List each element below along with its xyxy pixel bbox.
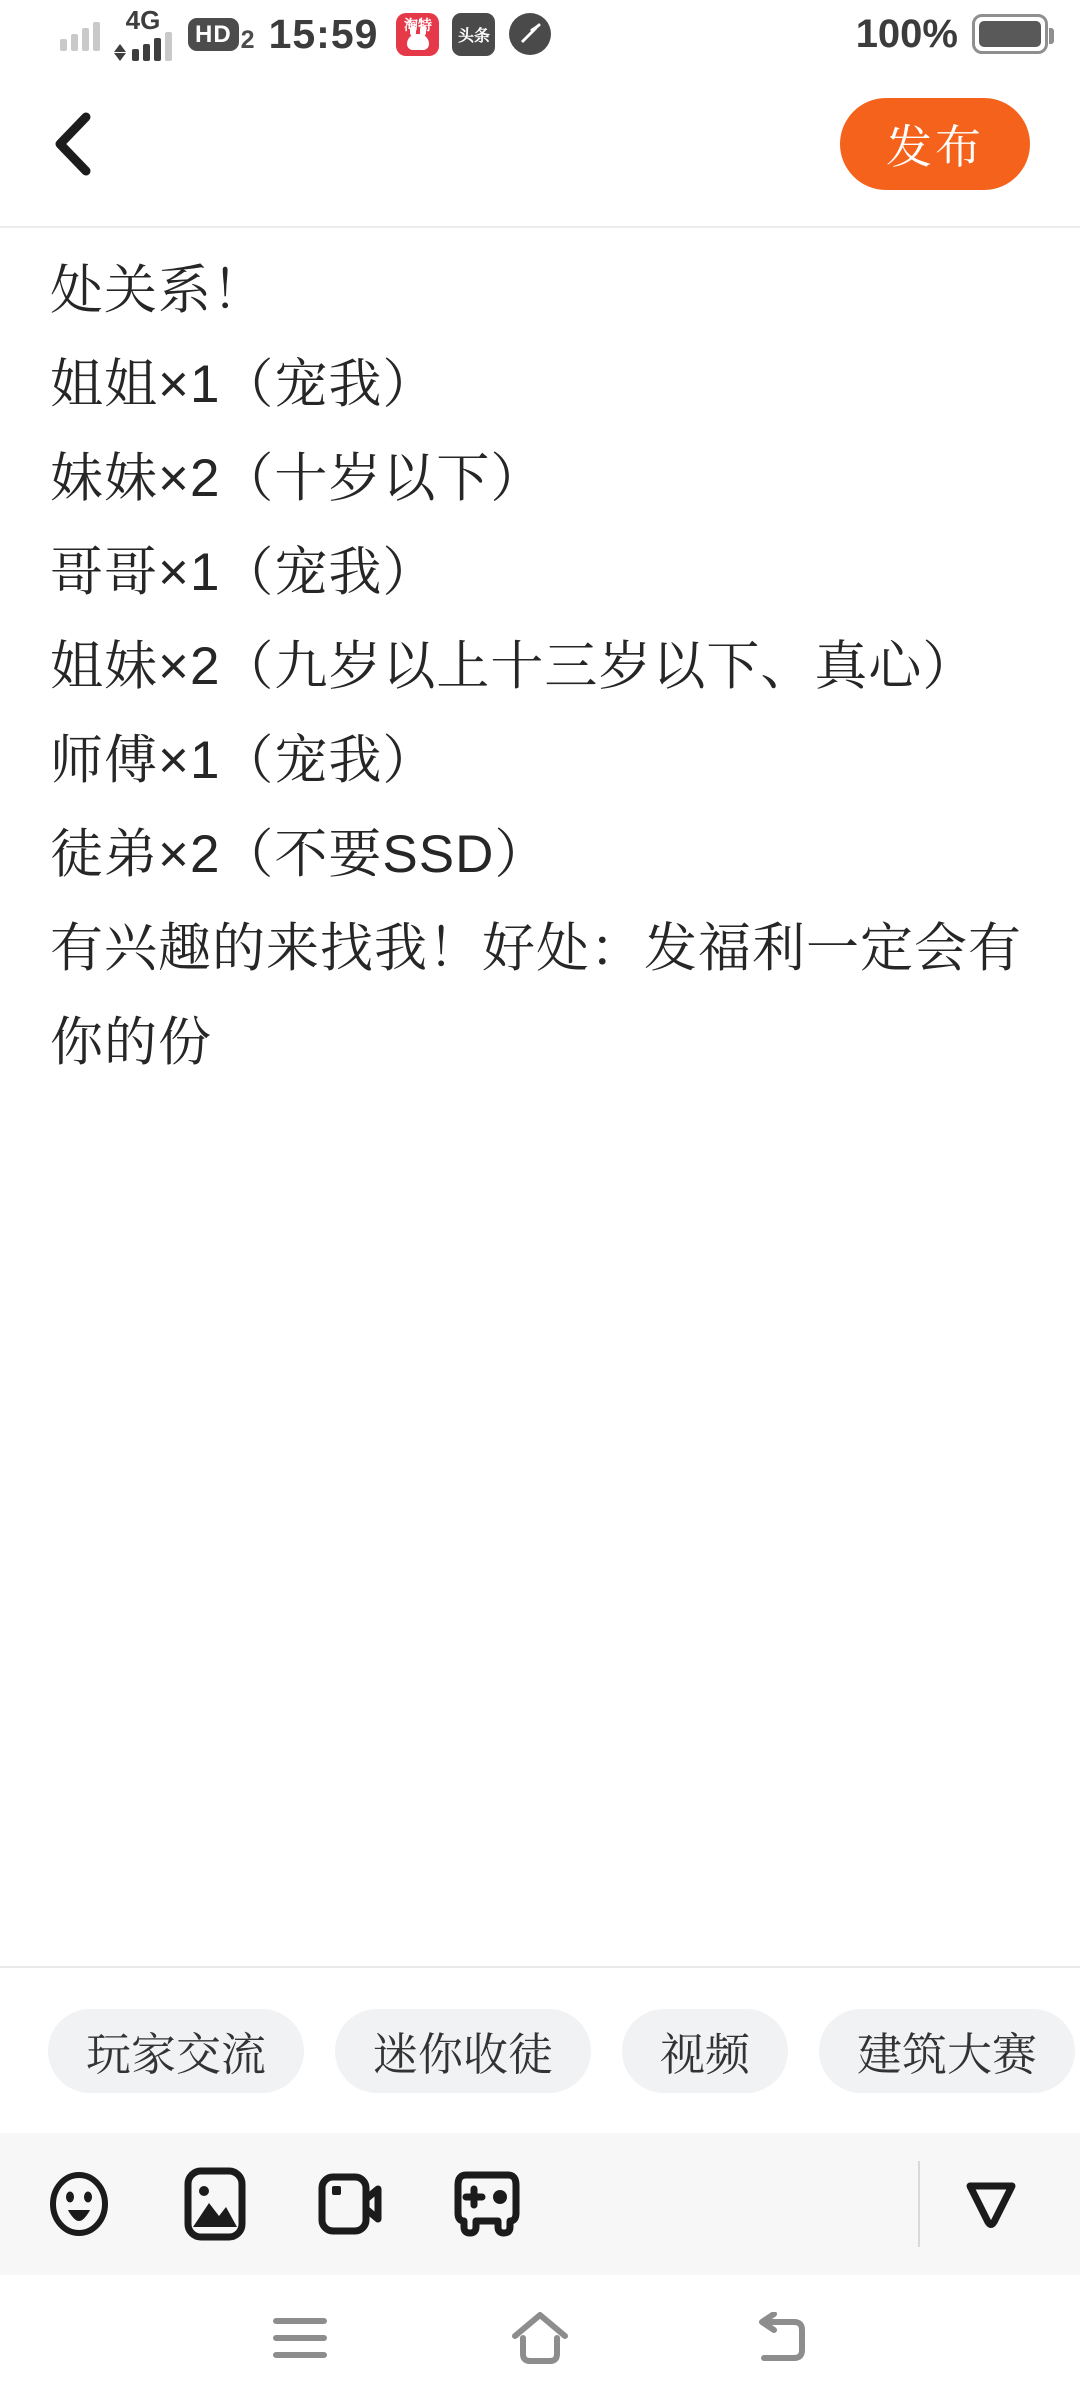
toutiao-app-icon: 头条 (452, 13, 495, 56)
insert-game-button[interactable] (452, 2169, 522, 2239)
post-line: 徒弟×2（不要SSD） (50, 808, 1030, 902)
signal-strength-sim1-icon (60, 17, 100, 51)
rabbit-glyph (407, 34, 429, 50)
post-line: 哥哥×1（宠我） (50, 526, 1030, 620)
editor-toolbar (0, 2133, 1080, 2275)
taote-app-icon: 淘特 (396, 13, 439, 56)
image-icon (184, 2167, 246, 2241)
collapse-toolbar-button[interactable] (956, 2169, 1026, 2239)
topic-tag-chip[interactable]: 玩家交流 (48, 2009, 304, 2093)
data-transfer-arrows-icon (114, 44, 126, 61)
triangle-down-icon (962, 2178, 1020, 2230)
topic-tag-chip[interactable]: 视频 (622, 2009, 788, 2093)
insert-video-button[interactable] (316, 2169, 386, 2239)
topic-tags-row: 玩家交流迷你收徒视频建筑大赛 (0, 1966, 1080, 2133)
return-arrow-icon (750, 2312, 810, 2364)
notification-icons: 淘特 头条 (396, 12, 552, 56)
hd-voice-icon: HD 2 (188, 18, 255, 51)
status-bar: 4G HD 2 15:59 淘特 头条 (0, 0, 1080, 62)
video-camera-icon (316, 2169, 386, 2239)
topic-tag-chip[interactable]: 建筑大赛 (819, 2009, 1075, 2093)
battery-icon (972, 14, 1048, 54)
home-icon (509, 2310, 571, 2366)
topic-tag-chip[interactable]: 迷你收徒 (335, 2009, 591, 2093)
post-line: 姐姐×1（宠我） (50, 338, 1030, 432)
battery-percent: 100% (856, 12, 958, 57)
back-chevron-icon (50, 111, 94, 177)
post-line: 师傅×1（宠我） (50, 714, 1030, 808)
publish-button[interactable]: 发布 (840, 98, 1030, 190)
hd-sim-number: 2 (241, 29, 255, 51)
back-button[interactable] (50, 99, 120, 189)
post-editor-text[interactable]: 处关系！姐姐×1（宠我）妹妹×2（十岁以下）哥哥×1（宠我）姐妹×2（九岁以上十… (0, 228, 1080, 1966)
browser-app-icon (508, 12, 552, 56)
insert-image-button[interactable] (180, 2169, 250, 2239)
post-line: 妹妹×2（十岁以下） (50, 432, 1030, 526)
home-button[interactable] (505, 2303, 575, 2373)
post-line: 有兴趣的来找我！好处：发福利一定会有你的份 (50, 902, 1030, 1090)
header-bar: 发布 (0, 62, 1080, 228)
back-nav-button[interactable] (745, 2303, 815, 2373)
post-line: 姐妹×2（九岁以上十三岁以下、真心） (50, 620, 1030, 714)
emoji-button[interactable] (44, 2169, 114, 2239)
recents-menu-button[interactable] (265, 2303, 335, 2373)
toolbar-divider (918, 2161, 920, 2247)
menu-icon (272, 2313, 328, 2363)
signal-strength-sim2-icon: 4G (114, 8, 172, 61)
status-time: 15:59 (269, 11, 379, 58)
network-type-label: 4G (126, 8, 161, 32)
hd-badge: HD (188, 18, 239, 51)
emoji-icon (46, 2171, 112, 2237)
gamepad-icon (452, 2169, 522, 2239)
system-navigation-bar (0, 2275, 1080, 2400)
post-line: 处关系！ (50, 244, 1030, 338)
